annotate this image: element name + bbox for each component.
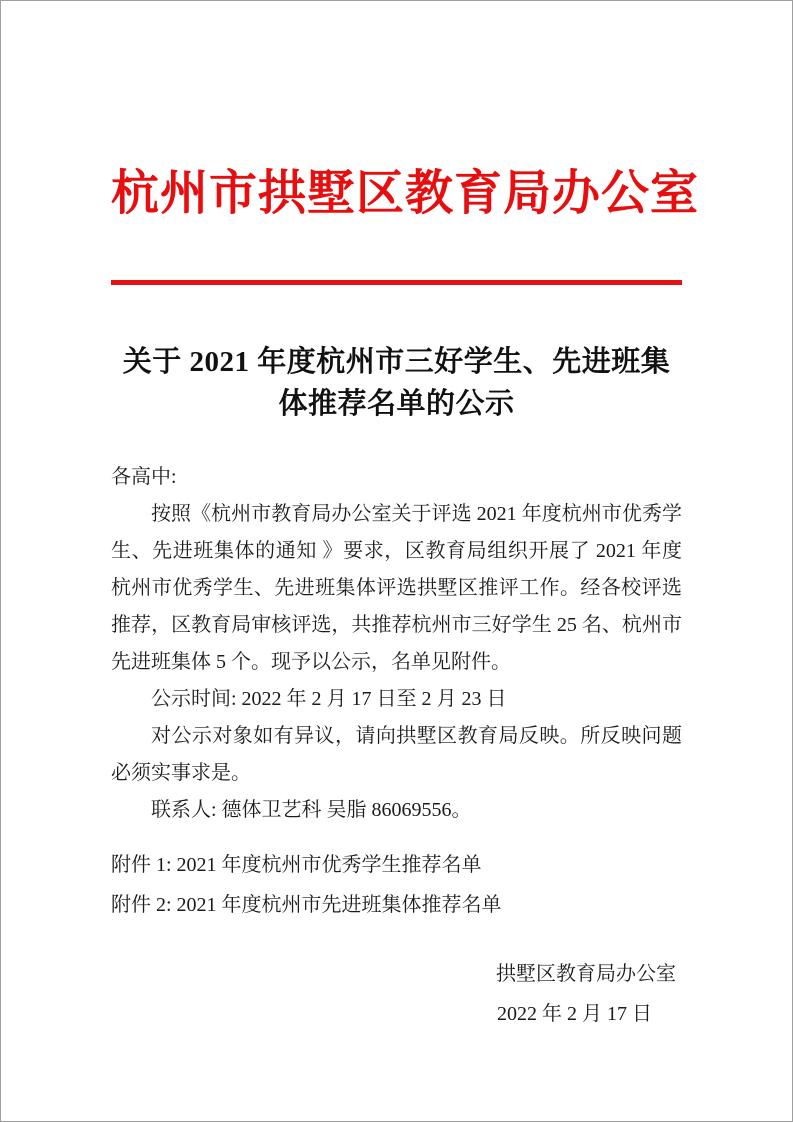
- signature-office-name: 拱墅区教育局办公室: [111, 954, 676, 994]
- salutation: 各高中:: [111, 459, 682, 496]
- body-paragraph-contact: 联系人: 德体卫艺科 吴脂 86069556。: [111, 792, 682, 829]
- document-page: 杭州市拱墅区教育局办公室 关于 2021 年度杭州市三好学生、先进班集 体推荐名…: [0, 0, 793, 1122]
- document-title: 关于 2021 年度杭州市三好学生、先进班集 体推荐名单的公示: [111, 341, 682, 425]
- document-title-line2: 体推荐名单的公示: [111, 383, 682, 425]
- attachments-list: 附件 1: 2021 年度杭州市优秀学生推荐名单 附件 2: 2021 年度杭州…: [111, 845, 682, 925]
- letterhead-divider: [111, 280, 682, 285]
- attachment-line-2: 附件 2: 2021 年度杭州市先进班集体推荐名单: [111, 885, 682, 925]
- body-paragraph-main: 按照《杭州市教育局办公室关于评选 2021 年度杭州市优秀学生、先进班集体的通知…: [111, 496, 682, 681]
- body-paragraph-objection: 对公示对象如有异议，请向拱墅区教育局反映。所反映问题必须实事求是。: [111, 718, 682, 792]
- document-title-line1: 关于 2021 年度杭州市三好学生、先进班集: [111, 341, 682, 383]
- attachment-line-1: 附件 1: 2021 年度杭州市优秀学生推荐名单: [111, 845, 682, 885]
- body-paragraph-publicity-period: 公示时间: 2022 年 2 月 17 日至 2 月 23 日: [111, 681, 682, 718]
- signature-date: 2022 年 2 月 17 日: [111, 994, 652, 1034]
- letterhead-office-name: 杭州市拱墅区教育局办公室: [111, 163, 682, 225]
- document-body: 各高中: 按照《杭州市教育局办公室关于评选 2021 年度杭州市优秀学生、先进班…: [111, 459, 682, 829]
- signature-block: 拱墅区教育局办公室 2022 年 2 月 17 日: [111, 954, 682, 1034]
